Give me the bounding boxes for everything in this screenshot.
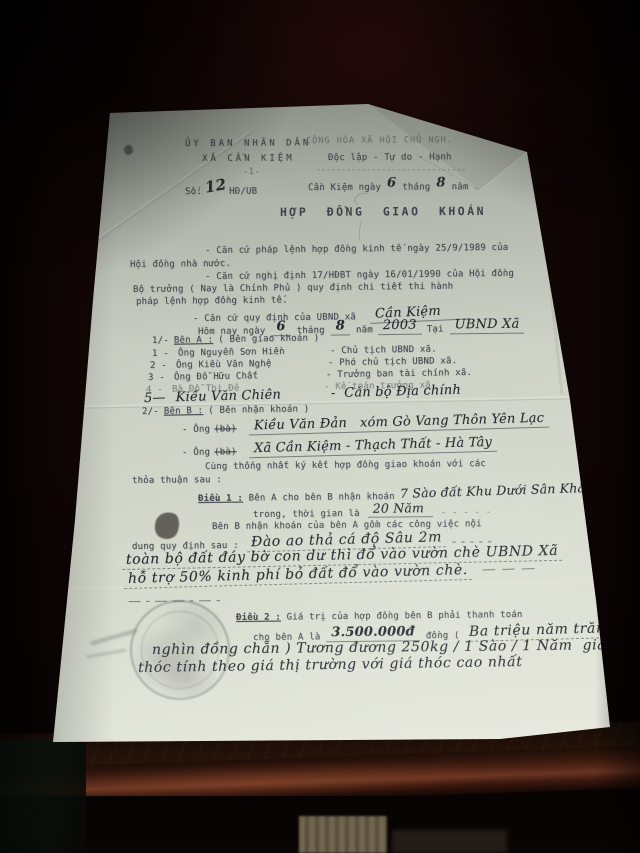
party-b-suffix: ( Bên nhận khoán ): [208, 404, 309, 416]
article1-typed: trong, thời gian là: [253, 509, 360, 520]
member-no: 3 -: [148, 373, 174, 383]
document-paper: ỦY BAN NHÂN DÂN XÃ CẦN KIỆM -1- Số:12HĐ/…: [40, 95, 620, 755]
agreement-intro-line: thỏa thuận sau :: [132, 475, 222, 486]
org-name-line1: ỦY BAN NHÂN DÂN: [185, 138, 311, 149]
party-a-number: 1/-: [152, 336, 169, 346]
glass-reflection: [0, 740, 86, 853]
member-name: Kiều Văn Chiên: [175, 387, 281, 405]
duration-handwritten: 20 Năm: [368, 500, 433, 518]
dash-tail: — — —: [482, 560, 536, 577]
month-handwritten: 8: [436, 175, 445, 190]
document-number-line: Số:12HĐ/UB: [185, 180, 257, 198]
salutation-typed: - Ông: [182, 425, 210, 435]
floor-tile-patch: [299, 816, 387, 853]
doc-number-label: Số:: [185, 187, 202, 197]
org-name-line2: XÃ CẦN KIỆM: [202, 154, 295, 164]
org-divider: -1-: [243, 167, 260, 177]
gray-smudge-dot: [124, 145, 133, 155]
year-fill: 2003: [378, 318, 422, 335]
preamble-line: pháp lệnh hợp đồng kinh tế.: [136, 295, 288, 307]
dateline-typed: Tại: [427, 324, 444, 334]
floor-shadow-patch: [392, 830, 507, 853]
party-b-label: Bên B :: [164, 406, 203, 417]
party-b-number: 2/-: [142, 407, 159, 417]
member-no: 5—: [144, 390, 166, 406]
member-no: 2 -: [150, 361, 176, 371]
party-a-label: Bên A :: [174, 335, 213, 346]
dash-tail: - - - - -: [441, 508, 492, 519]
contract-title: HỢP ĐỒNG GIAO KHOÁN: [280, 204, 486, 219]
member-no: 1 -: [152, 349, 178, 359]
place-name: Cần Kiệm ngày: [308, 183, 381, 193]
month-label: tháng: [402, 182, 430, 192]
month-fill: 8: [331, 318, 350, 335]
salutation-typed: - Ông: [182, 448, 210, 458]
day-handwritten: 6: [387, 176, 396, 191]
party-a-suffix: ( Bên giao khoán ): [218, 333, 319, 345]
trailing-dot: .: [473, 182, 479, 192]
national-motto-line1: CỘNG HÒA XÃ HỘI CHỦ NGH.: [306, 135, 453, 146]
national-motto-line2: Độc lập - Tự do - Hạnh: [328, 152, 452, 163]
struck-option: (bà): [214, 447, 237, 457]
motto-underline-dashes: ------------------------------: [316, 165, 467, 174]
article2-label: Điều 2 :: [236, 613, 281, 623]
doc-number-value-handwritten: 12: [203, 175, 227, 197]
article1-label: Điều 1 :: [198, 494, 243, 504]
preamble-line: Hội đồng nhà nước.: [130, 259, 231, 270]
member-role: - Phó chủ tịch UBND xã.: [328, 356, 457, 368]
member-role: - Chủ tịch UBND xã.: [330, 345, 437, 357]
photo-of-paper-contract: ỦY BAN NHÂN DÂN XÃ CẦN KIỆM -1- Số:12HĐ/…: [0, 0, 640, 853]
place-date-line: Cần Kiệm ngày6tháng8năm.: [308, 178, 479, 194]
dateline-typed: năm: [356, 325, 373, 335]
place-fill: UBND Xã: [449, 317, 524, 335]
year-label: năm: [452, 182, 469, 192]
doc-number-suffix: HĐ/UB: [229, 187, 257, 197]
struck-option: (bà): [214, 424, 237, 434]
